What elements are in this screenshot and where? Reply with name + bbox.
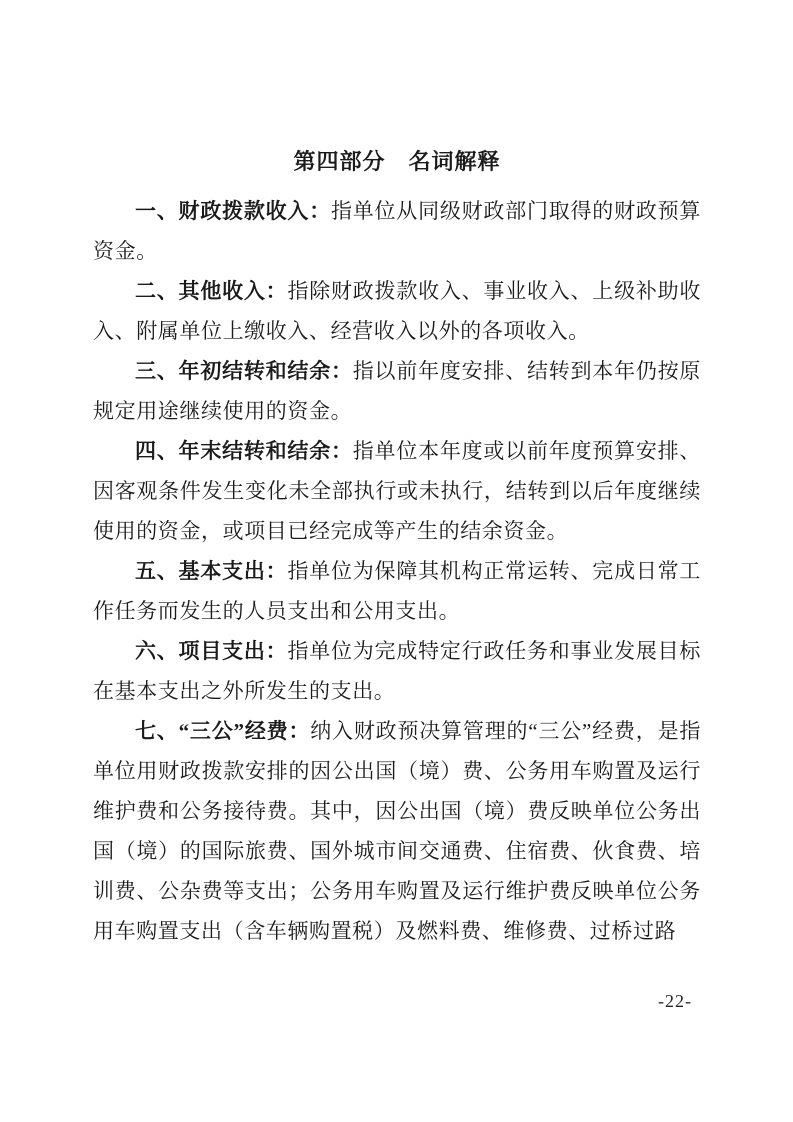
page-number: -22-	[658, 991, 692, 1012]
definition-paragraph-7: 七、“三公”经费：纳入财政预决算管理的“三公”经费，是指单位用财政拨款安排的因公…	[93, 711, 701, 951]
definition-paragraph-6: 六、项目支出：指单位为完成特定行政任务和事业发展目标在基本支出之外所发生的支出。	[93, 631, 701, 711]
term-label-5: 五、基本支出：	[135, 559, 287, 583]
term-label-2: 二、其他收入：	[135, 279, 287, 303]
definition-paragraph-3: 三、年初结转和结余：指以前年度安排、结转到本年仍按原规定用途继续使用的资金。	[93, 351, 701, 431]
definition-paragraph-4: 四、年末结转和结余：指单位本年度或以前年度预算安排、因客观条件发生变化未全部执行…	[93, 431, 701, 551]
term-label-4: 四、年末结转和结余：	[135, 439, 353, 463]
page-title: 第四部分 名词解释	[93, 147, 701, 177]
term-label-3: 三、年初结转和结余：	[135, 359, 353, 383]
definition-paragraph-1: 一、财政拨款收入：指单位从同级财政部门取得的财政预算资金。	[93, 191, 701, 271]
term-label-6: 六、项目支出：	[135, 639, 287, 663]
definition-paragraph-2: 二、其他收入：指除财政拨款收入、事业收入、上级补助收入、附属单位上缴收入、经营收…	[93, 271, 701, 351]
definition-paragraph-5: 五、基本支出：指单位为保障其机构正常运转、完成日常工作任务而发生的人员支出和公用…	[93, 551, 701, 631]
term-label-1: 一、财政拨款收入：	[135, 199, 331, 223]
term-definition-7: 纳入财政预决算管理的“三公”经费，是指单位用财政拨款安排的因公出国（境）费、公务…	[93, 719, 701, 943]
document-page: 第四部分 名词解释 一、财政拨款收入：指单位从同级财政部门取得的财政预算资金。 …	[0, 0, 793, 1122]
term-label-7: 七、“三公”经费：	[135, 719, 310, 743]
